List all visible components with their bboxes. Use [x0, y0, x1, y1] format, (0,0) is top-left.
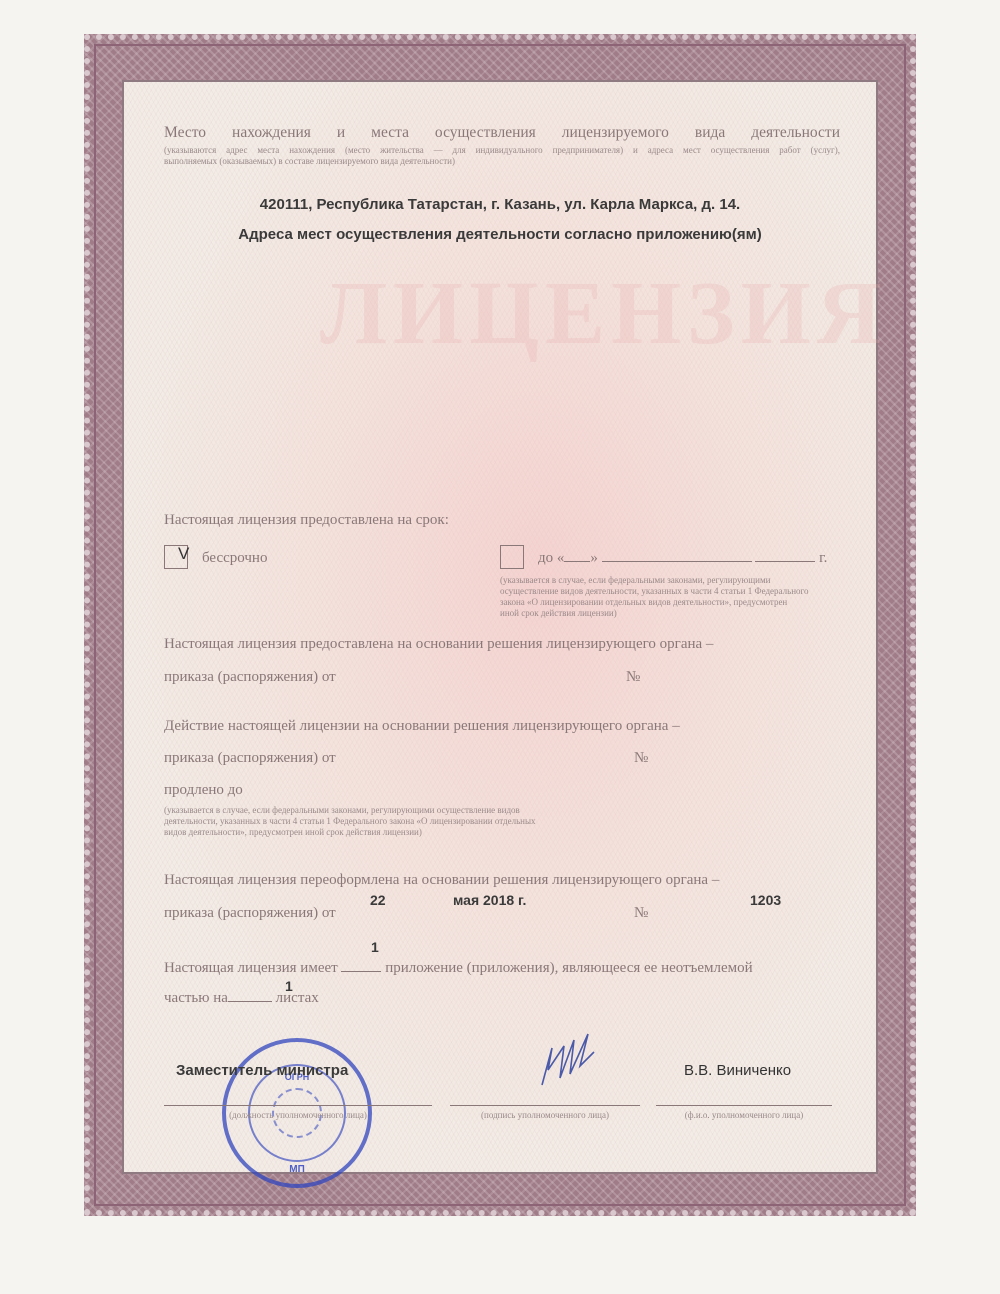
- until-suffix: г.: [819, 550, 827, 566]
- name-caption: (ф.и.о. уполномоченного лица): [656, 1110, 832, 1121]
- extended-basis-line: Действие настоящей лицензии на основании…: [164, 718, 680, 735]
- signature-line: [450, 1105, 640, 1106]
- indefinite-label: бессрочно: [202, 550, 267, 567]
- until-note-line2: осуществление видов деятельности, указан…: [500, 586, 808, 597]
- position-caption: (должность уполномоченного лица): [164, 1110, 432, 1121]
- appendix-line1-suffix: приложение (приложения), являющееся ее н…: [385, 960, 753, 976]
- extended-note-line3: видов деятельности», предусмотрен иной с…: [164, 827, 422, 838]
- reissued-day: 22: [370, 892, 386, 908]
- name-line: [656, 1105, 832, 1106]
- position-line: [164, 1105, 432, 1106]
- reissued-order-number: 1203: [750, 892, 781, 908]
- section-subtitle-line1: (указываются адрес места нахождения (мес…: [164, 145, 840, 156]
- handwritten-signature: [530, 1030, 610, 1090]
- license-page: [122, 80, 878, 1174]
- watermark: ЛИЦЕНЗИЯ: [320, 262, 888, 365]
- appendix-count: 1: [371, 939, 379, 955]
- section-title: Место нахождения и места осуществления л…: [164, 124, 840, 142]
- reissued-order-label: приказа (распоряжения) от: [164, 905, 336, 922]
- appendix-line2: частью на листах: [164, 990, 319, 1007]
- extended-until-label: продлено до: [164, 782, 243, 799]
- until-year-blank[interactable]: [755, 561, 815, 562]
- appendix-count-blank: [341, 971, 381, 972]
- extended-order-label: приказа (распоряжения) от: [164, 750, 336, 767]
- granted-order-label: приказа (распоряжения) от: [164, 669, 336, 686]
- appendix-line1: Настоящая лицензия имеет приложение (при…: [164, 960, 753, 977]
- granted-basis-line: Настоящая лицензия предоставлена на осно…: [164, 636, 713, 653]
- extended-note-line2: деятельности, указанных в части 4 статьи…: [164, 816, 536, 827]
- signatory-name: В.В. Виниченко: [684, 1062, 791, 1079]
- signature-caption: (подпись уполномоченного лица): [450, 1110, 640, 1121]
- signatory-position: Заместитель министра: [176, 1062, 348, 1079]
- appendix-line2-prefix: частью на: [164, 990, 228, 1006]
- appendix-line1-prefix: Настоящая лицензия имеет: [164, 960, 338, 976]
- extended-number-label: №: [634, 750, 648, 767]
- until-note-line1: (указывается в случае, если федеральными…: [500, 575, 770, 586]
- appendix-sheets-blank: [228, 1001, 272, 1002]
- until-prefix: до «: [538, 550, 564, 566]
- activity-addresses-note: Адреса мест осуществления деятельности с…: [0, 226, 1000, 243]
- legal-address: 420111, Республика Татарстан, г. Казань,…: [0, 196, 1000, 213]
- granted-number-label: №: [626, 669, 640, 686]
- appendix-line2-suffix: листах: [276, 990, 319, 1006]
- reissued-number-label: №: [634, 905, 648, 922]
- section-subtitle-line2: выполняемых (оказываемых) в составе лице…: [164, 156, 455, 167]
- until-note-line3: закона «О лицензировании отдельных видов…: [500, 597, 787, 608]
- until-date-field: до «» г.: [538, 550, 827, 567]
- until-day-blank[interactable]: [564, 561, 590, 562]
- check-mark-icon: V: [178, 544, 189, 564]
- term-label: Настоящая лицензия предоставлена на срок…: [164, 512, 449, 529]
- until-date-checkbox[interactable]: [500, 545, 524, 569]
- stamp-code: МП: [226, 1164, 368, 1175]
- until-month-blank[interactable]: [602, 561, 752, 562]
- extended-note-line1: (указывается в случае, если федеральными…: [164, 805, 520, 816]
- reissued-month-year: мая 2018 г.: [453, 892, 526, 908]
- until-note-line4: иной срок действия лицензии): [500, 608, 617, 619]
- until-mid: »: [590, 550, 598, 566]
- reissued-basis-line: Настоящая лицензия переоформлена на осно…: [164, 872, 719, 889]
